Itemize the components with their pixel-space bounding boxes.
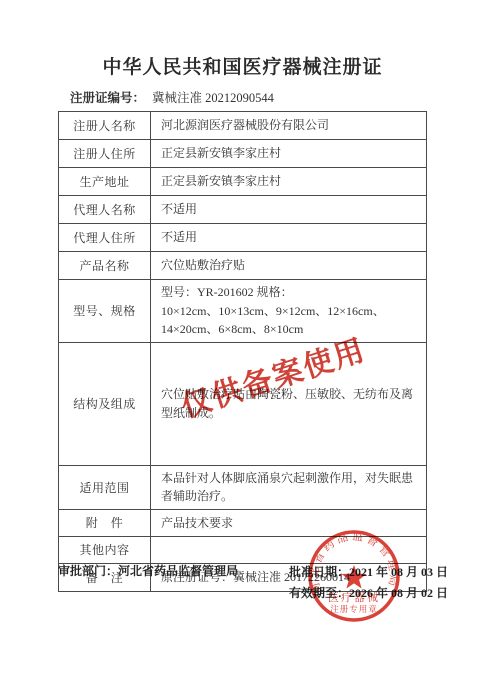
table-row: 其他内容 <box>59 536 426 563</box>
table-row: 注册人住所 正定县新安镇李家庄村 <box>59 139 426 167</box>
row-value: 正定县新安镇李家庄村 <box>151 168 426 195</box>
approval-department-value: 河北省药品监督管理局 <box>118 564 238 578</box>
table-row: 代理人名称 不适用 <box>59 195 426 223</box>
row-label: 代理人名称 <box>59 196 151 223</box>
table-row: 型号、规格 型号：YR-201602 规格： 10×12cm、10×13cm、9… <box>59 279 426 342</box>
table-row: 附 件 产品技术要求 <box>59 509 426 536</box>
row-value: 型号：YR-201602 规格： 10×12cm、10×13cm、9×12cm、… <box>151 280 426 342</box>
row-value: 本品针对人体脚底涌泉穴起刺激作用，对失眠患者辅助治疗。 <box>151 466 426 509</box>
table-row: 结构及组成 穴位贴敷治疗贴由陶瓷粉、压敏胶、无纺布及离型纸制成。 <box>59 342 426 465</box>
row-value: 穴位贴敷治疗贴由陶瓷粉、压敏胶、无纺布及离型纸制成。 <box>151 343 426 465</box>
expiry-date-value: 2026 年 08 月 02 日 <box>349 586 448 600</box>
certificate-page: 中华人民共和国医疗器械注册证 注册证编号：冀械注准 20212090544 注册… <box>0 0 485 684</box>
row-label: 其他内容 <box>59 537 151 563</box>
certificate-table: 注册人名称 河北源润医疗器械股份有限公司 注册人住所 正定县新安镇李家庄村 生产… <box>58 111 427 592</box>
expiry-date-label: 有效期至： <box>289 586 349 600</box>
approval-department-line: 审批部门：河北省药品监督管理局 <box>58 562 238 579</box>
row-label: 结构及组成 <box>59 343 151 465</box>
row-value: 产品技术要求 <box>151 510 426 536</box>
registration-number-label: 注册证编号： <box>70 91 145 105</box>
table-row: 生产地址 正定县新安镇李家庄村 <box>59 167 426 195</box>
registration-number-value: 冀械注准 20212090544 <box>152 91 274 105</box>
row-value: 不适用 <box>151 224 426 251</box>
approve-date-value: 2021 年 08 月 03 日 <box>349 565 448 579</box>
table-row: 产品名称 穴位贴敷治疗贴 <box>59 251 426 279</box>
row-label: 型号、规格 <box>59 280 151 342</box>
row-value: 河北源润医疗器械股份有限公司 <box>151 112 426 139</box>
row-label: 生产地址 <box>59 168 151 195</box>
registration-number-line: 注册证编号：冀械注准 20212090544 <box>70 88 274 106</box>
row-label: 产品名称 <box>59 252 151 279</box>
table-row: 适用范围 本品针对人体脚底涌泉穴起刺激作用，对失眠患者辅助治疗。 <box>59 465 426 509</box>
row-label: 适用范围 <box>59 466 151 509</box>
row-label: 代理人住所 <box>59 224 151 251</box>
row-label: 注册人住所 <box>59 140 151 167</box>
page-title: 中华人民共和国医疗器械注册证 <box>0 52 485 79</box>
table-row: 代理人住所 不适用 <box>59 223 426 251</box>
approve-date-line: 批准日期：2021 年 08 月 03 日 <box>289 562 448 583</box>
row-value: 正定县新安镇李家庄村 <box>151 140 426 167</box>
row-label: 附 件 <box>59 510 151 536</box>
approve-date-label: 批准日期： <box>289 565 349 579</box>
row-label: 注册人名称 <box>59 112 151 139</box>
seal-line2: 注册专用章 <box>330 604 378 614</box>
approval-department-label: 审批部门： <box>58 564 118 578</box>
row-value <box>151 537 426 563</box>
row-value: 不适用 <box>151 196 426 223</box>
expiry-date-line: 有效期至：2026 年 08 月 02 日 <box>289 583 448 604</box>
table-row: 注册人名称 河北源润医疗器械股份有限公司 <box>59 112 426 139</box>
dates-block: 批准日期：2021 年 08 月 03 日 有效期至：2026 年 08 月 0… <box>289 562 448 604</box>
row-value: 穴位贴敷治疗贴 <box>151 252 426 279</box>
